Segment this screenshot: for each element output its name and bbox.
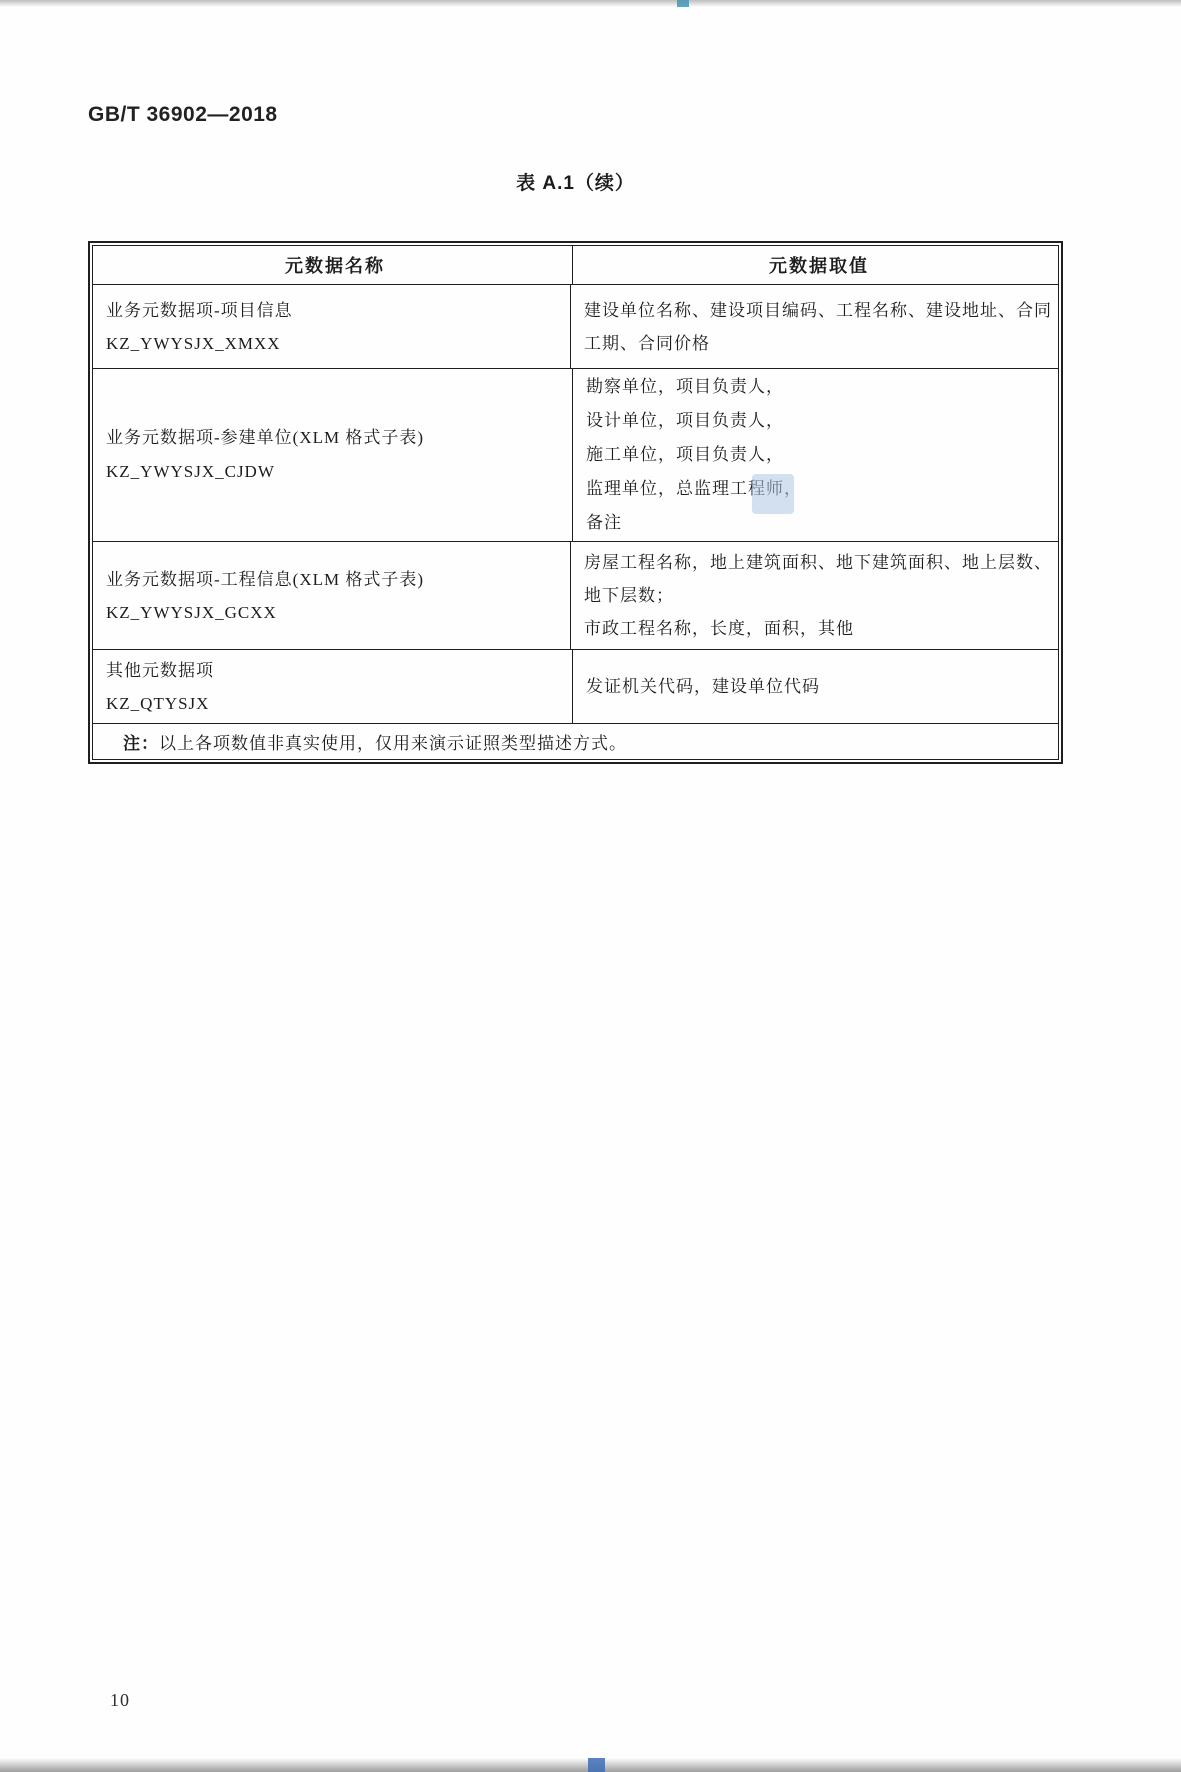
- table-title: 表 A.1（续）: [88, 168, 1063, 195]
- metadata-value-line: 发证机关代码，建设单位代码: [586, 670, 1052, 703]
- scan-edge-top: [0, 0, 1181, 7]
- metadata-value-line: 施工单位，项目负责人，: [586, 438, 1052, 472]
- scan-artifact-bottom: [588, 1758, 605, 1772]
- metadata-value-line: 房屋工程名称，地上建筑面积、地下建筑面积、地上层数、: [584, 546, 1052, 579]
- table-row: 业务元数据项-参建单位(XLM 格式子表) KZ_YWYSJX_CJDW 勘察单…: [93, 369, 1058, 542]
- metadata-table: 元数据名称 元数据取值 业务元数据项-项目信息 KZ_YWYSJX_XMXX 建…: [88, 241, 1063, 764]
- scan-artifact-top: [677, 0, 689, 7]
- metadata-code: KZ_QTYSJX: [106, 687, 564, 720]
- note-text: 以上各项数值非真实使用，仅用来演示证照类型描述方式。: [159, 729, 627, 754]
- note-label: 注：: [123, 729, 159, 754]
- metadata-value-line: 工期、合同价格: [584, 327, 1052, 360]
- table-note-row: 注：以上各项数值非真实使用，仅用来演示证照类型描述方式。: [93, 724, 1058, 759]
- metadata-value-line: 设计单位，项目负责人，: [586, 404, 1052, 438]
- metadata-code: KZ_YWYSJX_XMXX: [106, 327, 562, 360]
- metadata-code: KZ_YWYSJX_CJDW: [106, 455, 564, 489]
- metadata-name-line: 业务元数据项-工程信息(XLM 格式子表): [106, 563, 562, 596]
- metadata-name-line: 业务元数据项-项目信息: [106, 294, 562, 327]
- table-row: 其他元数据项 KZ_QTYSJX 发证机关代码，建设单位代码: [93, 650, 1058, 724]
- metadata-code: KZ_YWYSJX_GCXX: [106, 596, 562, 629]
- header-metadata-value: 元数据取值: [573, 246, 1058, 284]
- table-row: 业务元数据项-工程信息(XLM 格式子表) KZ_YWYSJX_GCXX 房屋工…: [93, 542, 1058, 650]
- table-header-row: 元数据名称 元数据取值: [93, 246, 1058, 285]
- watermark-artifact: [752, 474, 794, 514]
- metadata-value-line: 勘察单位，项目负责人，: [586, 370, 1052, 404]
- standard-code: GB/T 36902—2018: [88, 103, 278, 127]
- document-page: GB/T 36902—2018 表 A.1（续） 元数据名称 元数据取值 业务元…: [0, 0, 1181, 1772]
- header-metadata-name: 元数据名称: [93, 246, 573, 284]
- metadata-value-line: 市政工程名称，长度，面积，其他: [584, 612, 1052, 645]
- page-number: 10: [110, 1690, 130, 1711]
- metadata-name-line: 其他元数据项: [106, 654, 564, 687]
- metadata-value-line: 备注: [586, 506, 1052, 540]
- metadata-value-line: 监理单位，总监理工程师，: [586, 472, 1052, 506]
- table-row: 业务元数据项-项目信息 KZ_YWYSJX_XMXX 建设单位名称、建设项目编码…: [93, 285, 1058, 369]
- metadata-value-line: 地下层数；: [584, 579, 1052, 612]
- metadata-value-line: 建设单位名称、建设项目编码、工程名称、建设地址、合同: [584, 294, 1052, 327]
- metadata-name-line: 业务元数据项-参建单位(XLM 格式子表): [106, 421, 564, 455]
